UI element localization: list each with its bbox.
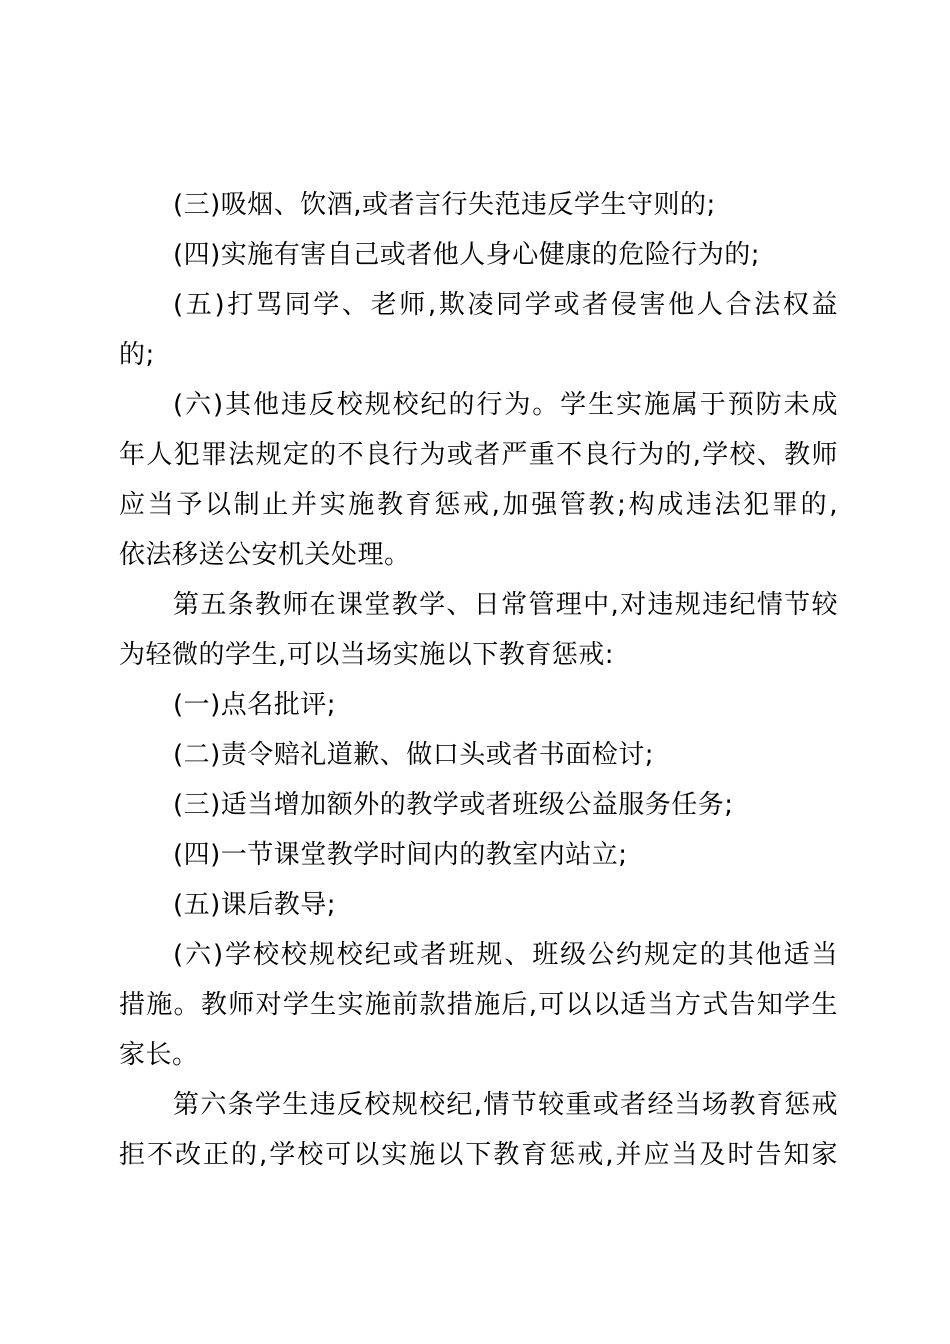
text-line: 年人犯罪法规定的不良行为或者严重不良行为的,学校、教师 [119,430,838,480]
text-line: (一)点名批评; [119,680,838,730]
text-line: 的; [119,330,838,380]
text-line: 措施。教师对学生实施前款措施后,可以以适当方式告知学生 [119,980,838,1030]
text-line: 第五条教师在课堂教学、日常管理中,对违规违纪情节较 [119,580,838,630]
document-page: (三)吸烟、饮酒,或者言行失范违反学生守则的;(四)实施有害自己或者他人身心健康… [0,0,950,1344]
text-line: (四)实施有害自己或者他人身心健康的危险行为的; [119,230,838,280]
text-line: (六)其他违反校规校纪的行为。学生实施属于预防未成 [119,380,838,430]
text-line: (五)打骂同学、老师,欺凌同学或者侵害他人合法权益 [119,280,838,330]
document-text-block: (三)吸烟、饮酒,或者言行失范违反学生守则的;(四)实施有害自己或者他人身心健康… [119,180,838,1180]
text-line: (三)吸烟、饮酒,或者言行失范违反学生守则的; [119,180,838,230]
text-line: (二)责令赔礼道歉、做口头或者书面检讨; [119,730,838,780]
text-line: 为轻微的学生,可以当场实施以下教育惩戒: [119,630,838,680]
text-line: (四)一节课堂教学时间内的教室内站立; [119,830,838,880]
text-line: 应当予以制止并实施教育惩戒,加强管教;构成违法犯罪的, [119,480,838,530]
text-line: 第六条学生违反校规校纪,情节较重或者经当场教育惩戒 [119,1080,838,1130]
text-line: (六)学校校规校纪或者班规、班级公约规定的其他适当 [119,930,838,980]
text-line: (三)适当增加额外的教学或者班级公益服务任务; [119,780,838,830]
text-line: (五)课后教导; [119,880,838,930]
text-line: 依法移送公安机关处理。 [119,530,838,580]
text-line: 拒不改正的,学校可以实施以下教育惩戒,并应当及时告知家 [119,1130,838,1180]
text-line: 家长。 [119,1030,838,1080]
